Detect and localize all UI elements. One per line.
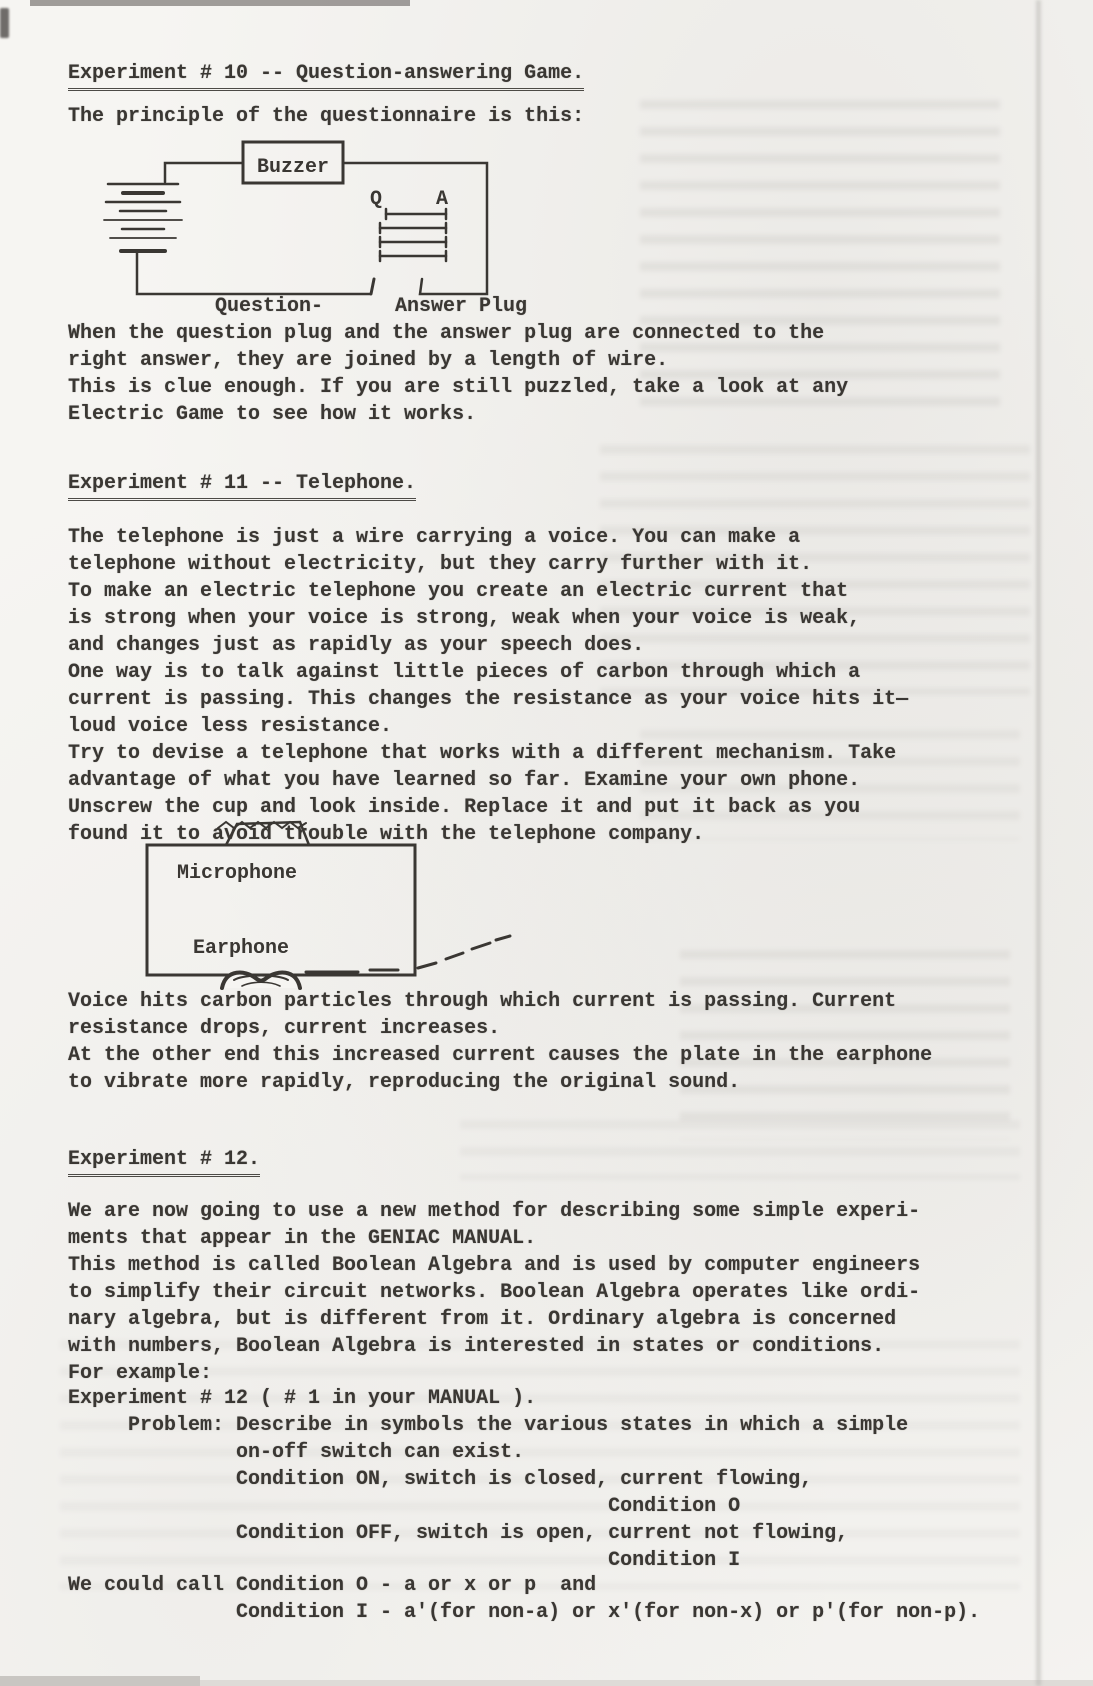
buzzer-label: Buzzer — [257, 156, 329, 179]
scan-artifact-right-streak — [1036, 0, 1041, 1686]
scan-artifact-top-bar — [30, 0, 410, 6]
microphone-cup-icon — [218, 822, 309, 845]
question-plug-tick — [371, 279, 374, 294]
experiment-12-example: Experiment # 12 ( # 1 in your MANUAL ). … — [68, 1385, 908, 1574]
wire — [137, 253, 370, 294]
microphone-earphone-diagram: Microphone Earphone — [130, 820, 530, 1005]
circuit-caption: Question- Answer Plug — [215, 293, 527, 320]
experiment-12-body: We are now going to use a new method for… — [68, 1198, 920, 1387]
battery-icon — [104, 184, 182, 251]
wire — [165, 163, 243, 182]
experiment-12-title: Experiment # 12. — [68, 1146, 260, 1177]
experiment-10-body: When the question plug and the answer pl… — [68, 320, 848, 428]
experiment-11-title: Experiment # 11 -- Telephone. — [68, 470, 416, 501]
microphone-label: Microphone — [177, 862, 297, 885]
question-answering-circuit-diagram: Buzzer Q A — [90, 136, 500, 316]
experiment-10-title: Experiment # 10 -- Question-answering Ga… — [68, 60, 584, 91]
answer-plug-label: A — [436, 188, 448, 211]
handset-icon — [222, 973, 300, 988]
dashed-wire — [306, 936, 510, 972]
plug-wire-rungs — [380, 209, 446, 261]
experiment-11-body-after-diagram: Voice hits carbon particles through whic… — [68, 988, 932, 1096]
experiment-10-intro: The principle of the questionnaire is th… — [68, 103, 584, 130]
scan-artifact-bottom-strip-2 — [200, 1680, 1093, 1686]
scan-artifact-left-smudge — [0, 8, 9, 38]
scan-artifact-bottom-strip — [0, 1676, 200, 1686]
earphone-label: Earphone — [193, 937, 289, 960]
experiment-12-conclusion: We could call Condition O - a or x or p … — [68, 1572, 980, 1626]
bleed-through-artifact — [460, 1120, 1020, 1180]
question-plug-label: Q — [370, 188, 382, 211]
scanned-document-page: Experiment # 10 -- Question-answering Ga… — [0, 0, 1093, 1686]
experiment-11-body: The telephone is just a wire carrying a … — [68, 524, 908, 848]
